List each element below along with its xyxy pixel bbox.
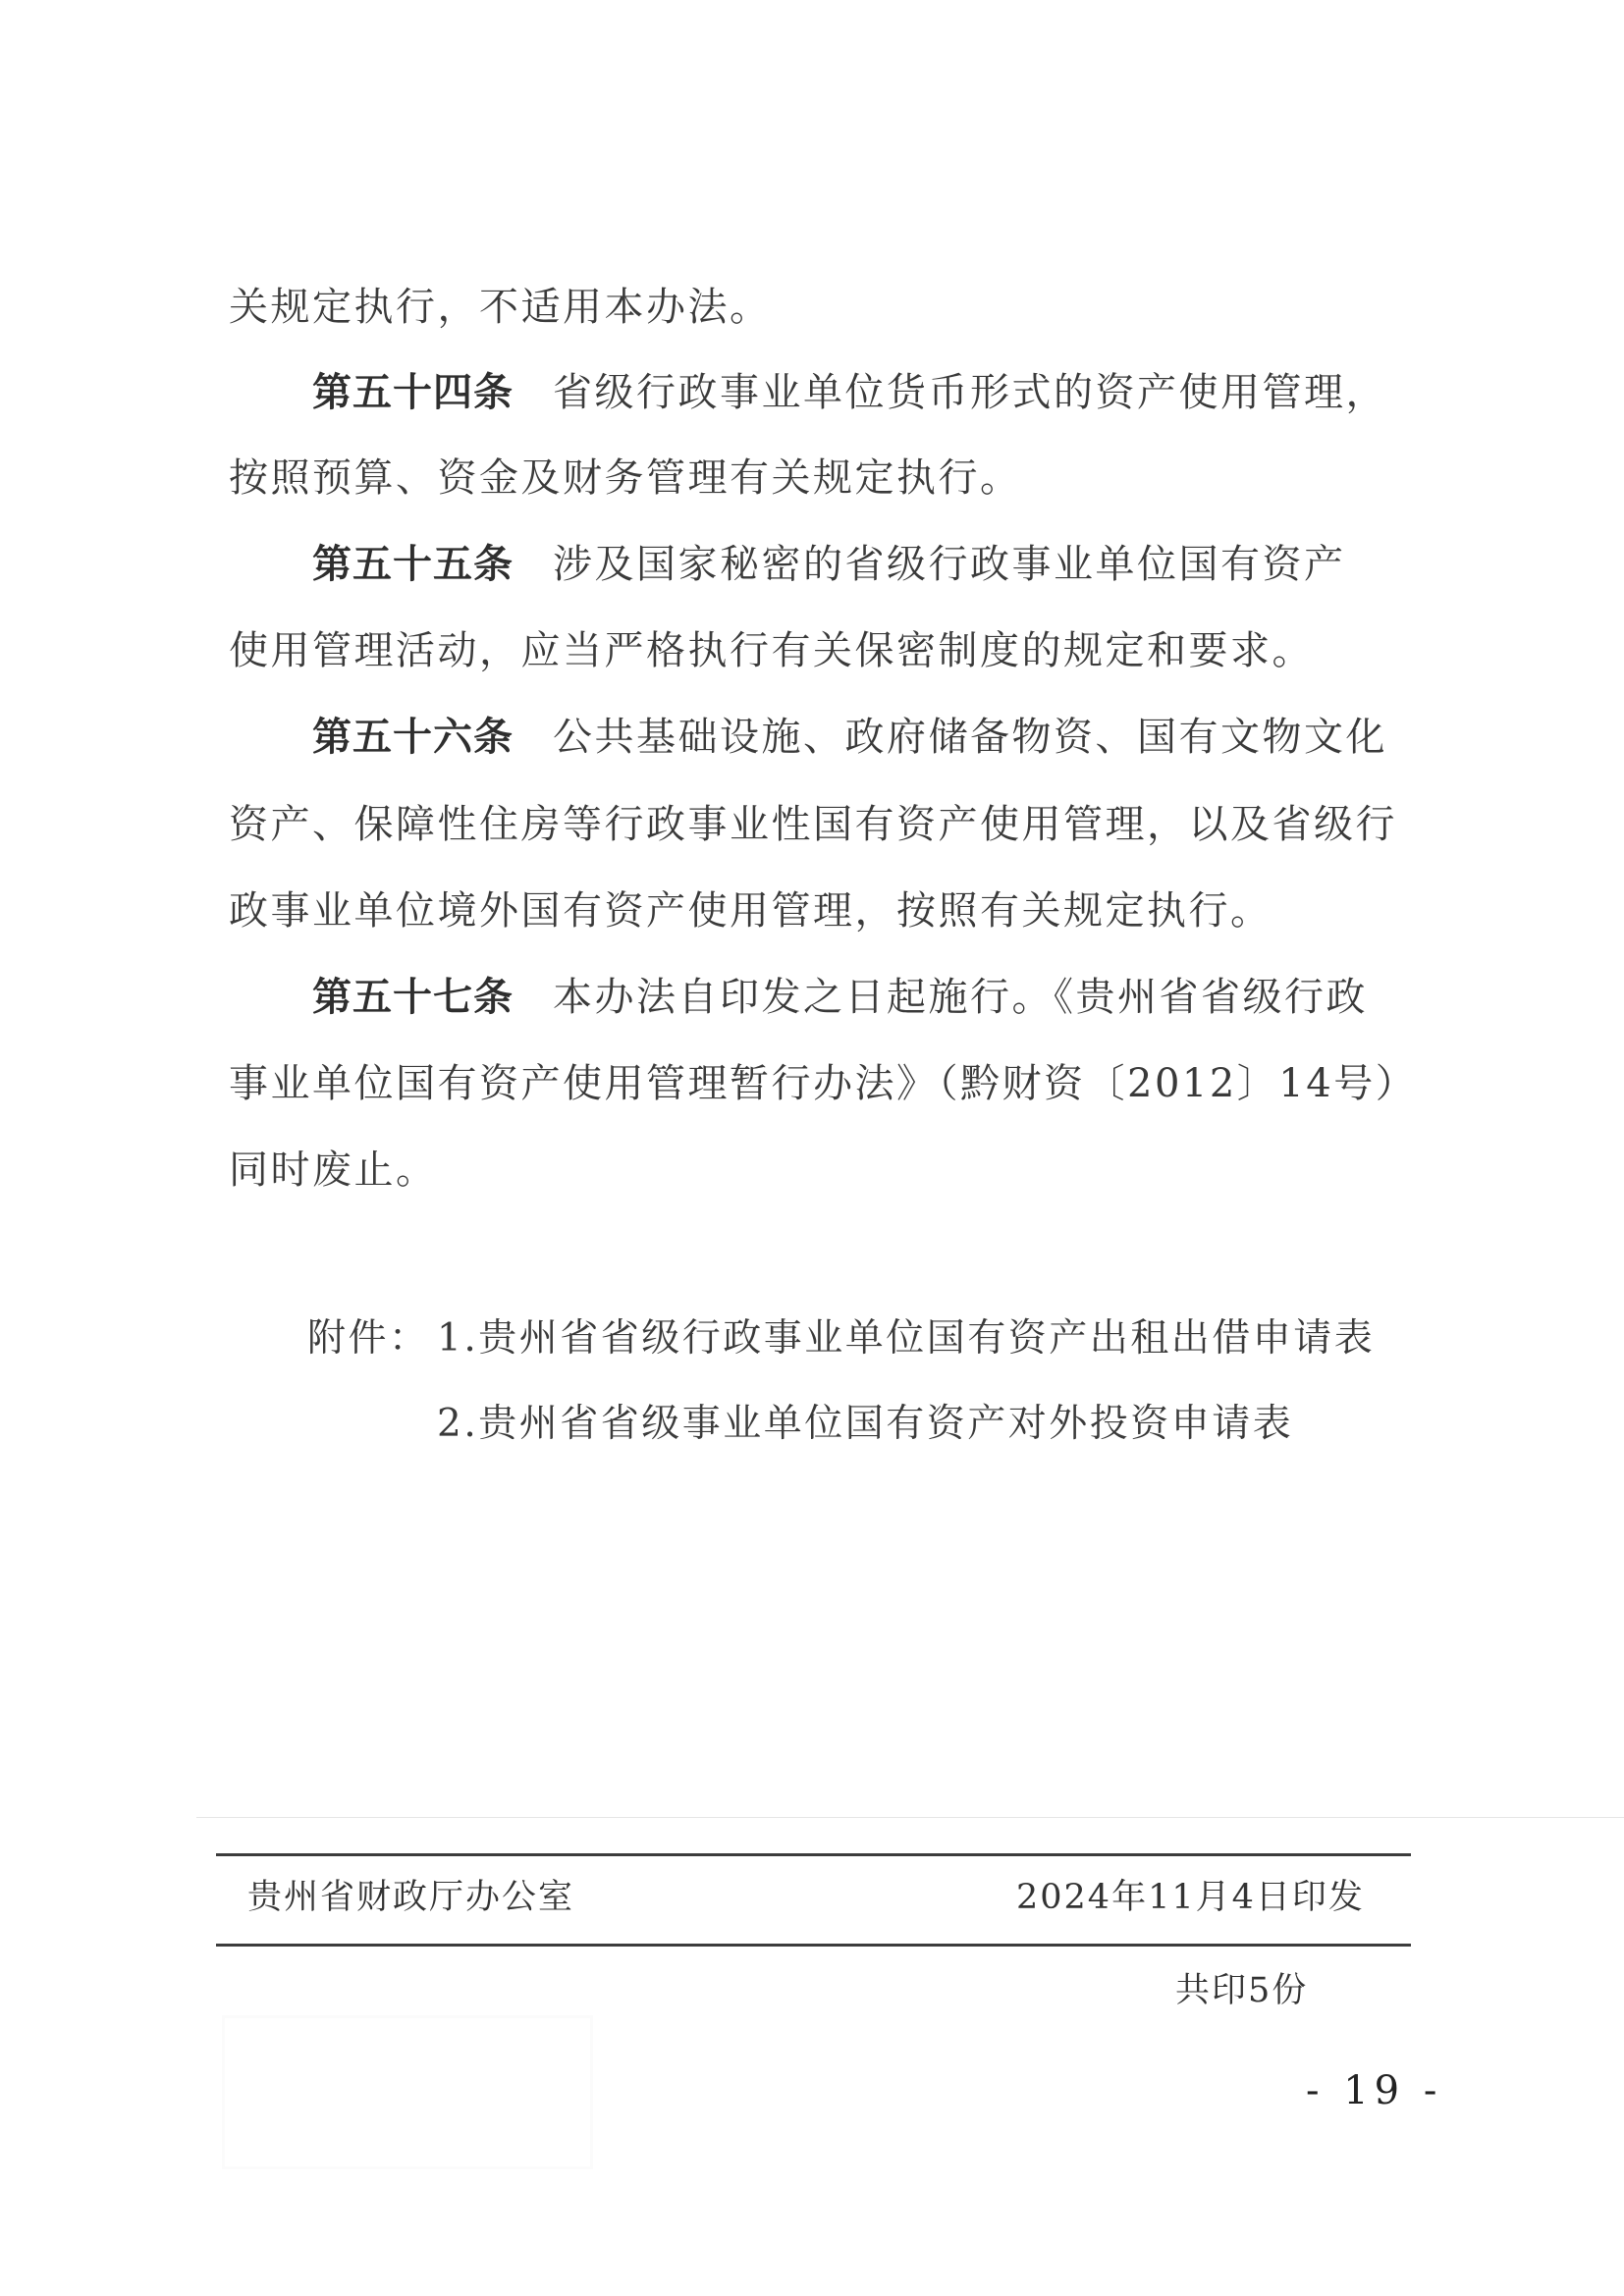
paragraph-continuation: 关规定执行，不适用本办法。 — [229, 278, 1422, 337]
article-57-line-2: 事业单位国有资产使用管理暂行办法》（黔财资〔2012〕14号） — [229, 1054, 1422, 1113]
article-number: 第五十六条 — [312, 715, 514, 760]
body-text: 涉及国家秘密的省级行政事业单位国有资产 — [553, 542, 1346, 587]
issue-date: 2024年11月4日印发 — [1016, 1873, 1365, 1922]
redacted-area — [225, 2018, 590, 2166]
attachment-item-1: 1.贵州省省级行政事业单位国有资产出租出借申请表 — [437, 1309, 1375, 1368]
body-text: 资产、保障性住房等行政事业性国有资产使用管理，以及省级行 — [229, 802, 1397, 847]
copies-count: 共印5份 — [1175, 1966, 1308, 2015]
article-56-line-2: 资产、保障性住房等行政事业性国有资产使用管理，以及省级行 — [229, 795, 1422, 854]
article-57-line-3: 同时废止。 — [229, 1141, 1422, 1200]
article-number: 第五十七条 — [312, 975, 514, 1020]
article-56: 第五十六条公共基础设施、政府储备物资、国有文物文化 — [312, 708, 1505, 767]
body-text: 按照预算、资金及财务管理有关规定执行。 — [229, 455, 1022, 501]
body-text: 同时废止。 — [229, 1148, 438, 1193]
scan-artifact-line — [196, 1817, 1624, 1818]
body-text: 事业单位国有资产使用管理暂行办法》（黔财资〔2012〕14号） — [229, 1061, 1417, 1106]
article-number: 第五十五条 — [312, 542, 514, 587]
attachments-label: 附件： — [307, 1309, 430, 1368]
body-text: 省级行政事业单位货币形式的资产使用管理， — [553, 370, 1387, 415]
article-57: 第五十七条本办法自印发之日起施行。《贵州省省级行政 — [312, 968, 1505, 1027]
footer-top-rule — [216, 1853, 1411, 1856]
attachment-item-2: 2.贵州省省级事业单位国有资产对外投资申请表 — [437, 1395, 1293, 1454]
article-54: 第五十四条省级行政事业单位货币形式的资产使用管理， — [312, 363, 1505, 422]
article-56-line-3: 政事业单位境外国有资产使用管理，按照有关规定执行。 — [229, 881, 1422, 940]
issuing-office: 贵州省财政厅办公室 — [247, 1873, 574, 1922]
footer-bottom-rule — [216, 1944, 1411, 1947]
body-text: 政事业单位境外国有资产使用管理，按照有关规定执行。 — [229, 888, 1272, 934]
body-text: 本办法自印发之日起施行。《贵州省省级行政 — [553, 975, 1368, 1020]
body-text: 使用管理活动，应当严格执行有关保密制度的规定和要求。 — [229, 628, 1314, 673]
article-55: 第五十五条涉及国家秘密的省级行政事业单位国有资产 — [312, 535, 1505, 594]
body-text: 关规定执行，不适用本办法。 — [229, 285, 772, 330]
article-54-line-2: 按照预算、资金及财务管理有关规定执行。 — [229, 449, 1422, 507]
body-text: 公共基础设施、政府储备物资、国有文物文化 — [553, 715, 1387, 760]
page-number: - 19 - — [1306, 2066, 1442, 2115]
article-55-line-2: 使用管理活动，应当严格执行有关保密制度的规定和要求。 — [229, 621, 1422, 680]
article-number: 第五十四条 — [312, 370, 514, 415]
document-page: 关规定执行，不适用本办法。 第五十四条省级行政事业单位货币形式的资产使用管理， … — [0, 0, 1624, 2296]
